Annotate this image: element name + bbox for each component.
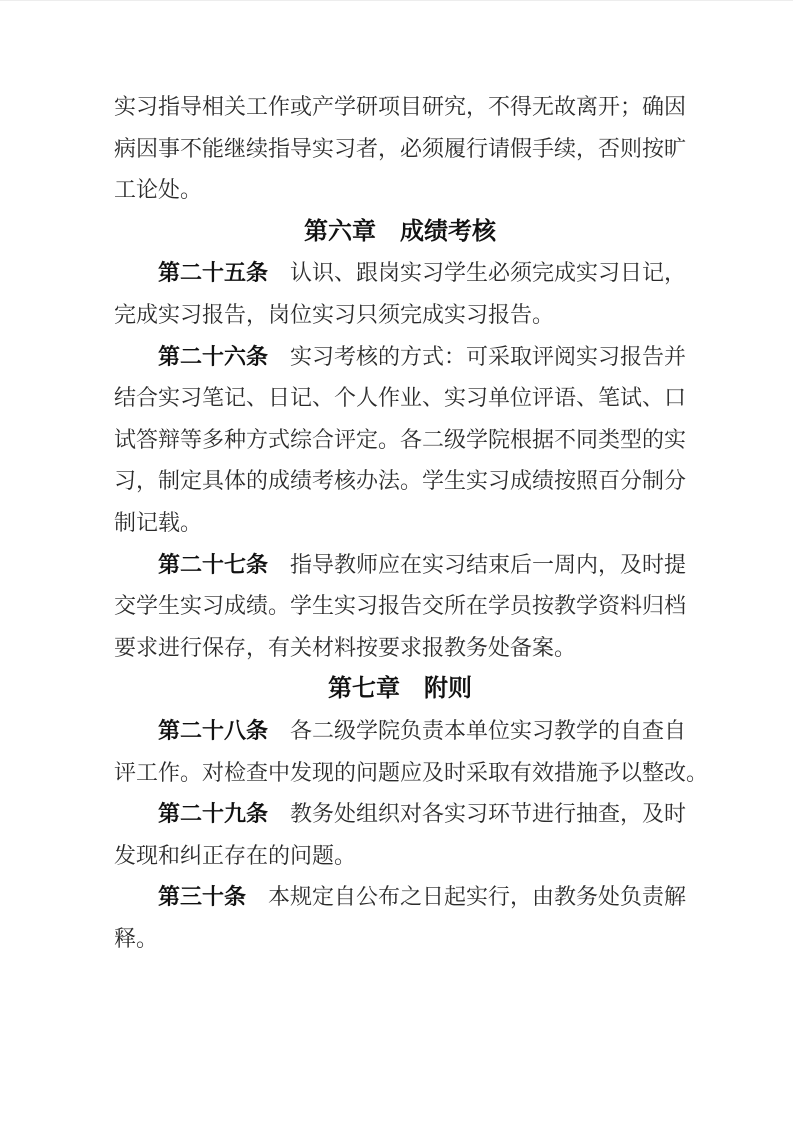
paragraph-line: 交学生实习成绩。学生实习报告交所在学员按教学资料归档 [114, 585, 686, 627]
paragraph-line: 第二十五条 认识、跟岗实习学生必须完成实习日记， [114, 252, 686, 294]
article-number-label: 第二十五条 [158, 260, 268, 285]
paragraph-line: 完成实习报告，岗位实习只须完成实习报告。 [114, 294, 686, 336]
paragraph-line: 病因事不能继续指导实习者，必须履行请假手续，否则按旷 [114, 128, 686, 170]
article-number-label: 第二十九条 [158, 801, 268, 826]
paragraph-line: 发现和纠正存在的问题。 [114, 835, 686, 877]
chapter-heading: 第六章 成绩考核 [114, 211, 686, 253]
paragraph-line: 释。 [114, 918, 686, 960]
paragraph-line: 习，制定具体的成绩考核办法。学生实习成绩按照百分制分 [114, 460, 686, 502]
paragraph-line: 第三十条 本规定自公布之日起实行，由教务处负责解 [114, 876, 686, 918]
paragraph-line: 第二十七条 指导教师应在实习结束后一周内，及时提 [114, 544, 686, 586]
paragraph-line: 实习指导相关工作或产学研项目研究，不得无故离开；确因 [114, 86, 686, 128]
paragraph-line: 第二十六条 实习考核的方式：可采取评阅实习报告并 [114, 336, 686, 378]
article-number-label: 第三十条 [158, 884, 246, 909]
paragraph-line: 制记载。 [114, 502, 686, 544]
paragraph-line: 要求进行保存，有关材料按要求报教务处备案。 [114, 627, 686, 669]
paragraph-line: 工论处。 [114, 169, 686, 211]
chapter-heading: 第七章 附则 [114, 668, 686, 710]
paragraph-line: 评工作。对检查中发现的问题应及时采取有效措施予以整改。 [114, 752, 686, 794]
article-number-label: 第二十八条 [158, 718, 268, 743]
paragraph-line: 第二十九条 教务处组织对各实习环节进行抽查，及时 [114, 793, 686, 835]
document-page: 实习指导相关工作或产学研项目研究，不得无故离开；确因病因事不能继续指导实习者，必… [0, 0, 793, 1122]
document-body: 实习指导相关工作或产学研项目研究，不得无故离开；确因病因事不能继续指导实习者，必… [114, 86, 686, 959]
article-number-label: 第二十六条 [158, 344, 268, 369]
paragraph-line: 试答辩等多种方式综合评定。各二级学院根据不同类型的实 [114, 419, 686, 461]
article-number-label: 第二十七条 [158, 552, 268, 577]
paragraph-line: 结合实习笔记、日记、个人作业、实习单位评语、笔试、口 [114, 377, 686, 419]
paragraph-line: 第二十八条 各二级学院负责本单位实习教学的自查自 [114, 710, 686, 752]
